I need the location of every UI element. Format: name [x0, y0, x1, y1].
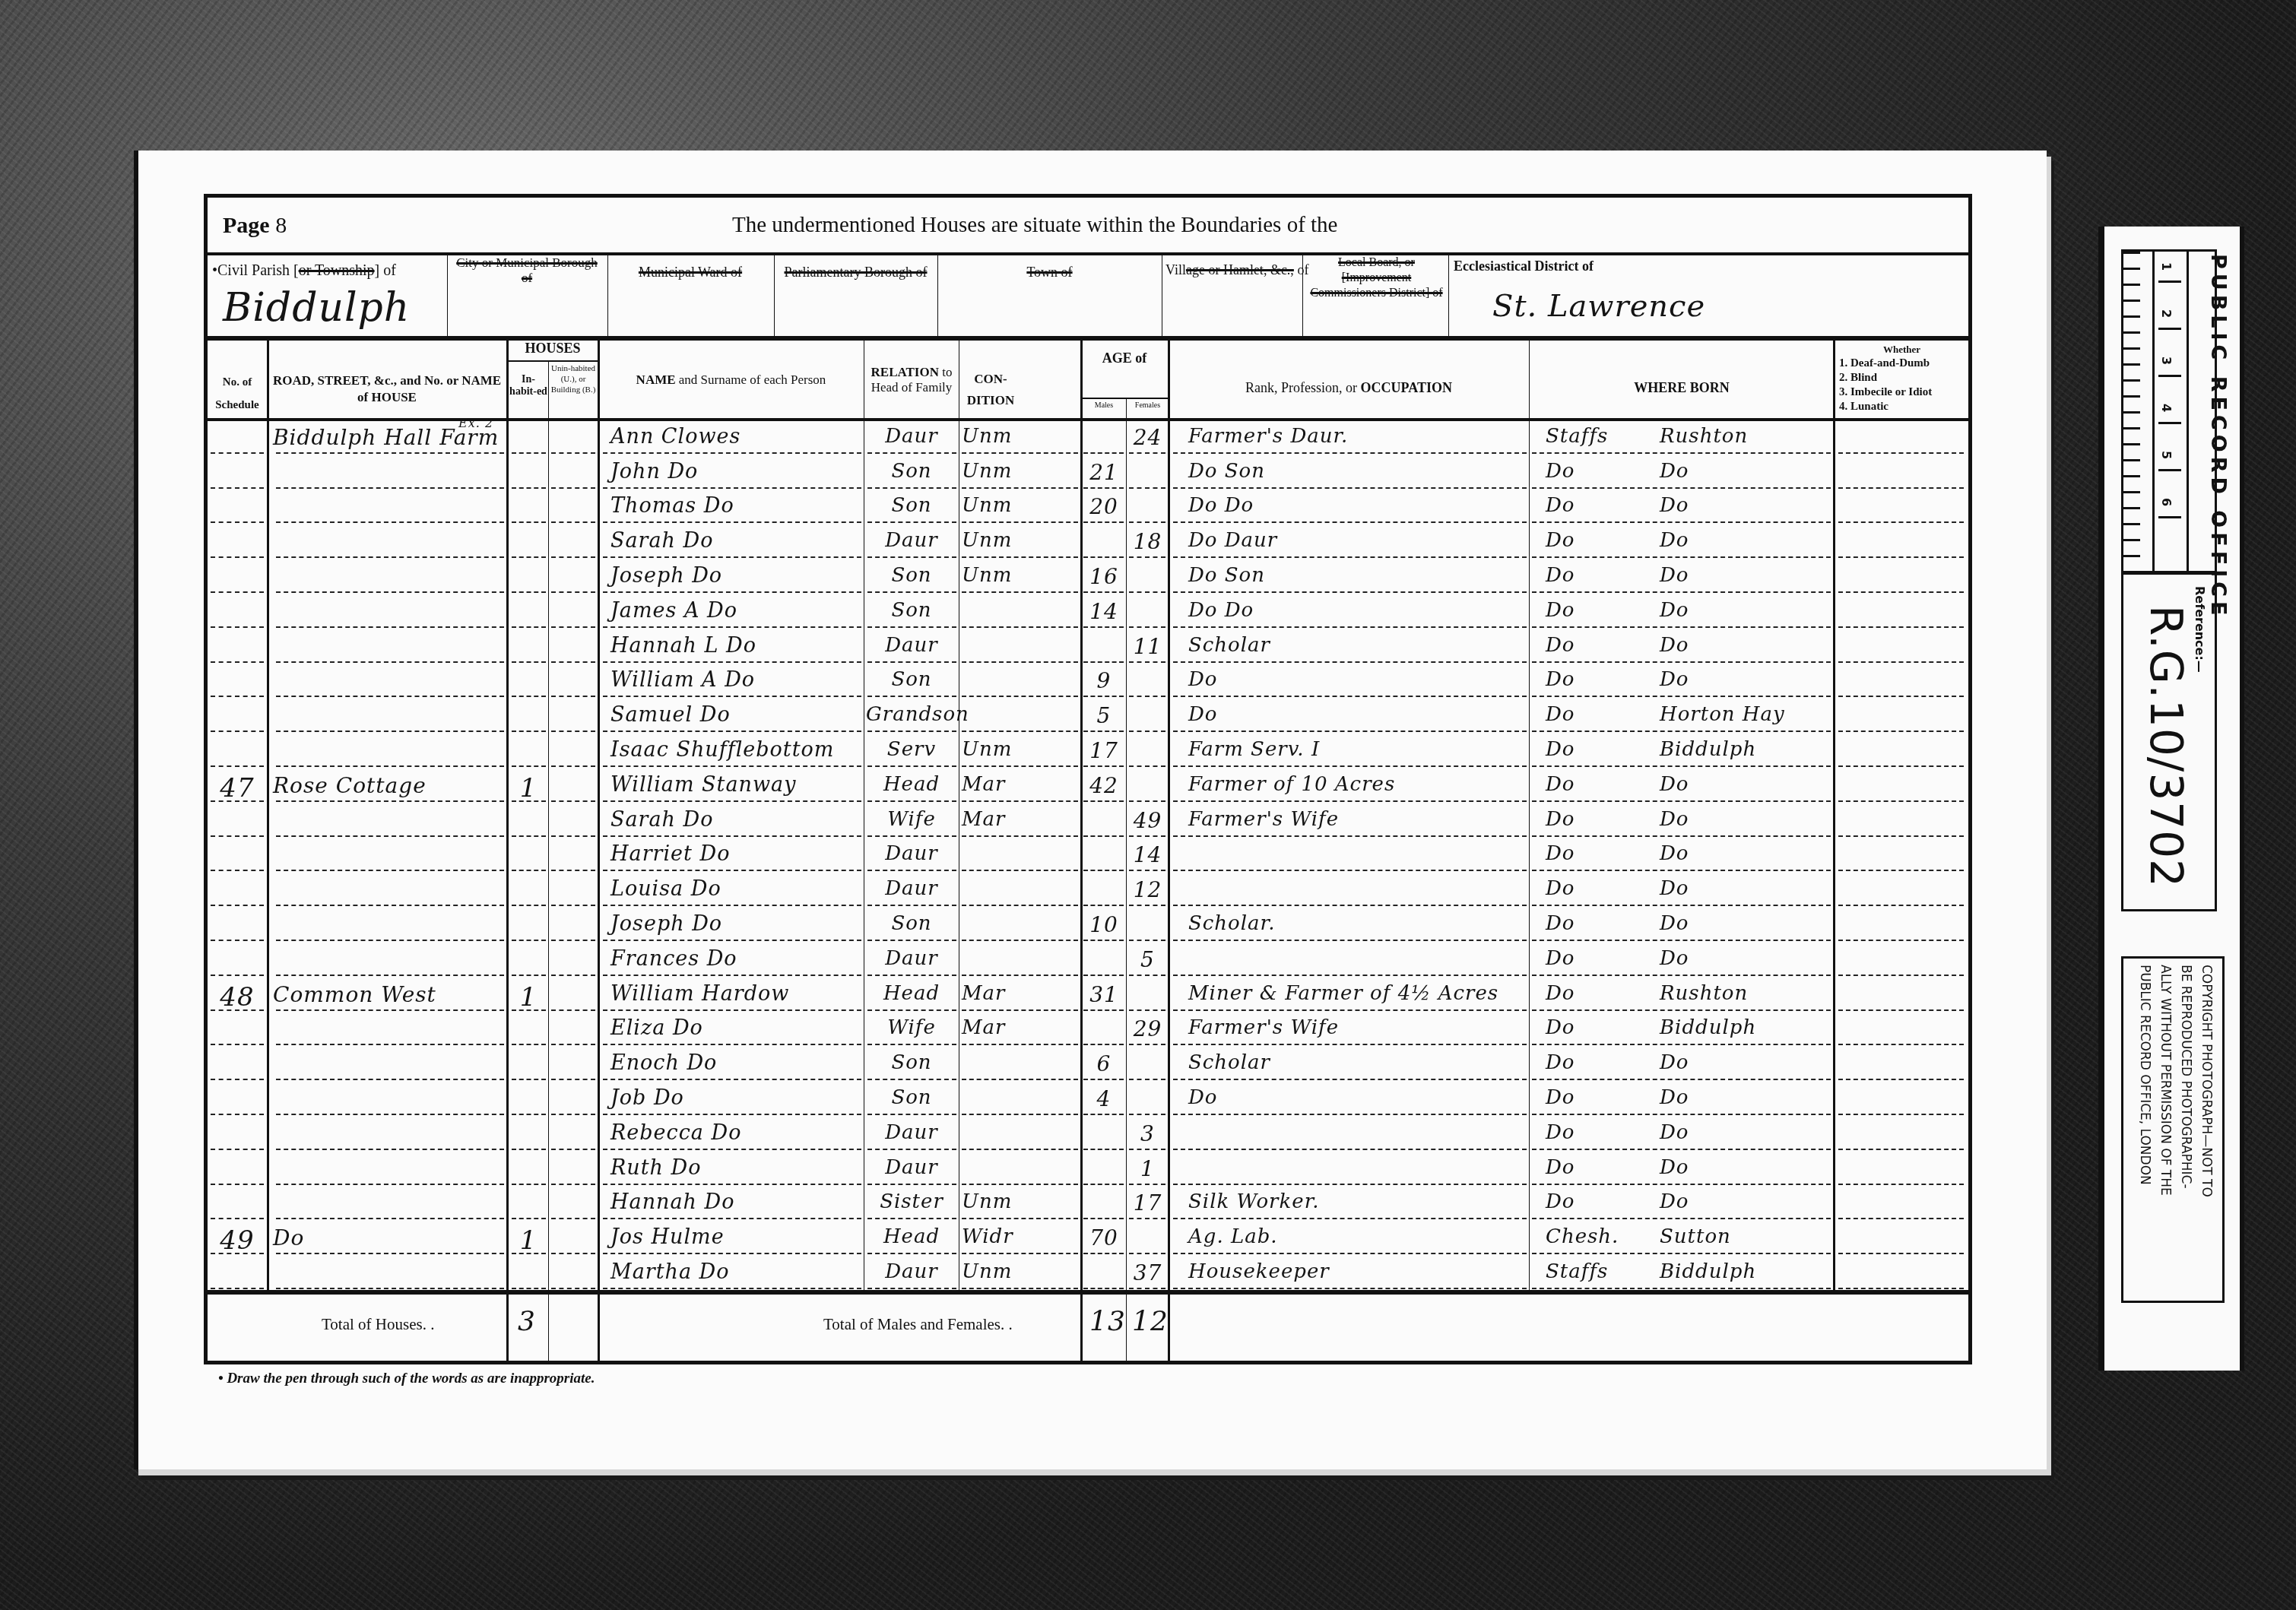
ruled-line [962, 1184, 1078, 1185]
ruled-line [1129, 452, 1165, 454]
copyright-box: COPYRIGHT PHOTOGRAPH—NOT TO BE REPRODUCE… [2121, 956, 2225, 1303]
cell-name: William Hardow [610, 982, 861, 1006]
cell-name: Samuel Do [610, 703, 861, 727]
ruled-line [1838, 940, 1964, 941]
ruled-line [1838, 905, 1964, 906]
cell-name: Ann Clowes [610, 425, 861, 448]
ruled-line [512, 1253, 546, 1254]
ruled-line [867, 626, 956, 628]
ruled-line [603, 731, 861, 732]
ruled-line [1173, 521, 1527, 523]
ruled-line [962, 800, 1078, 802]
scale-cm-label: 1 [2159, 262, 2174, 271]
cell-condition: Unm [962, 1190, 1023, 1213]
cell-occupation: Do Do [1188, 494, 1523, 517]
ruled-line [1173, 696, 1527, 697]
ruled-line [1838, 1253, 1964, 1254]
header-occupation: Rank, Profession, or OCCUPATION [1170, 380, 1527, 396]
ruled-line [512, 1149, 546, 1150]
copyright-line: BE REPRODUCED PHOTOGRAPHIC- [2175, 965, 2196, 1197]
ruled-line [962, 1044, 1078, 1045]
ruled-line [551, 556, 595, 558]
village-label: Village or Hamlet, &c., of [1165, 262, 1299, 278]
cell-name: Harriet Do [610, 842, 861, 866]
infirmity-option: 3. Imbecile or Idiot [1839, 385, 1965, 400]
ruled-line [1129, 1253, 1165, 1254]
ruled-line [1129, 591, 1165, 593]
ruled-line [1532, 1149, 1831, 1150]
table-row: 49Do1Jos HulmeHeadWidr70Ag. Lab.Chesh.Su… [208, 1221, 1968, 1256]
ruled-line [867, 1009, 956, 1011]
cell-condition: Widr [962, 1225, 1023, 1248]
municipal-ward-label: Municipal Ward of [610, 265, 770, 280]
ruled-line [512, 626, 546, 628]
cell-name: William Stanway [610, 773, 861, 797]
ruled-line [962, 452, 1078, 454]
ruled-line [1173, 1149, 1527, 1150]
table-row: Samuel DoGrandson5DoDoHorton Hay [208, 699, 1968, 734]
ruled-line [962, 1079, 1078, 1080]
table-row: Joseph DoSonUnm16Do SonDoDo [208, 559, 1968, 594]
ruled-line [603, 1288, 861, 1289]
cell-female-age: 12 [1127, 877, 1168, 902]
ruled-line [276, 975, 504, 976]
ruled-line [1173, 626, 1527, 628]
cell-name: Eliza Do [610, 1016, 861, 1040]
scale-ticks-inch [2123, 252, 2155, 571]
cell-condition: Unm [962, 564, 1023, 587]
ruled-line [276, 1218, 504, 1219]
ruled-line [1173, 1253, 1527, 1254]
ruled-line [211, 905, 264, 906]
road-note: Ex. 2 [458, 416, 493, 430]
ruled-line [512, 1218, 546, 1219]
header-name: NAME and Surname of each Person [600, 371, 862, 389]
ruled-line [867, 1044, 956, 1045]
ruled-line [1129, 661, 1165, 663]
ruled-line [1838, 696, 1964, 697]
scale-cm-tick [2158, 375, 2181, 377]
ruled-line [867, 521, 956, 523]
ruled-line [1129, 905, 1165, 906]
ruled-line [1532, 661, 1831, 663]
ruled-line [603, 1149, 861, 1150]
table-row: Hannah L DoDaur11ScholarDoDo [208, 629, 1968, 664]
table-row: 48Common West1William HardowHeadMar31Min… [208, 978, 1968, 1013]
ruled-line [276, 696, 504, 697]
ruled-line [512, 1044, 546, 1045]
ruled-line [512, 731, 546, 732]
ruled-line [867, 1253, 956, 1254]
ruled-line [276, 487, 504, 489]
cell-born-county: Do [1546, 1051, 1660, 1074]
cell-relation: Daur [866, 1260, 957, 1283]
cell-born-county: Do [1546, 1156, 1660, 1179]
divider [509, 360, 598, 362]
cell-name: Enoch Do [610, 1051, 861, 1075]
divider [1448, 252, 1449, 336]
ruled-line [211, 765, 264, 767]
ruled-line [603, 1079, 861, 1080]
reference-label: Reference:— [2193, 586, 2207, 673]
ruled-line [603, 765, 861, 767]
cell-female-age: 3 [1127, 1121, 1168, 1146]
ruled-line [1129, 1009, 1165, 1011]
cell-female-age: 5 [1127, 947, 1168, 972]
ruled-line [867, 1184, 956, 1185]
ruled-line [512, 487, 546, 489]
ruled-line [1083, 487, 1124, 489]
ruled-line [1129, 1288, 1165, 1289]
cell-name: James A Do [610, 599, 861, 623]
ruled-line [1083, 1114, 1124, 1115]
ruled-line [603, 521, 861, 523]
ruled-line [867, 556, 956, 558]
cell-occupation: Scholar [1188, 634, 1523, 657]
ruled-line [962, 1288, 1078, 1289]
cell-occupation: Do [1188, 668, 1523, 691]
cell-born-county: Do [1546, 460, 1660, 483]
cell-male-age: 14 [1082, 599, 1126, 624]
ruled-line [551, 731, 595, 732]
ruled-line [211, 591, 264, 593]
table-row: Martha DoDaurUnm37HousekeeperStaffsBiddu… [208, 1256, 1968, 1291]
ruled-line [512, 835, 546, 837]
cell-male-age: 20 [1082, 494, 1126, 519]
header-infirmity: Whether 1. Deaf-and-Dumb 2. Blind 3. Imb… [1839, 342, 1965, 414]
ruled-line [1173, 1044, 1527, 1045]
ruled-line [962, 1253, 1078, 1254]
total-houses-value: 3 [518, 1306, 536, 1337]
cell-born-county: Do [1546, 668, 1660, 691]
cell-relation: Grandson [866, 703, 957, 726]
ruled-line [1838, 626, 1964, 628]
municipal-borough-label: City or Municipal Borough of [451, 255, 603, 286]
ruled-line [962, 556, 1078, 558]
ruled-line [551, 765, 595, 767]
cell-relation: Daur [866, 634, 957, 657]
ruled-line [551, 905, 595, 906]
ruled-line [1838, 731, 1964, 732]
cell-relation: Daur [866, 529, 957, 552]
cell-male-age: 4 [1082, 1086, 1126, 1111]
cell-male-age: 10 [1082, 912, 1126, 937]
header-males: Males [1082, 401, 1126, 410]
ruled-line [603, 487, 861, 489]
ecclesiastical-district-label: Ecclesiastical District of [1451, 258, 1596, 274]
ruled-line [1173, 452, 1527, 454]
table-row: Sarah DoWifeMar49Farmer's WifeDoDo [208, 803, 1968, 838]
ruled-line [211, 1009, 264, 1011]
ruled-line [211, 1288, 264, 1289]
divider [208, 1290, 1968, 1295]
ruled-line [1532, 1044, 1831, 1045]
cell-male-age: 42 [1082, 773, 1126, 798]
ruled-line [1532, 1114, 1831, 1115]
cell-condition: Unm [962, 529, 1023, 552]
table-row: Joseph DoSon10Scholar.DoDo [208, 908, 1968, 943]
divider [774, 252, 775, 336]
cell-born-county: Do [1546, 494, 1660, 517]
ruled-line [1532, 1184, 1831, 1185]
ruled-line [1083, 452, 1124, 454]
cell-born-county: Do [1546, 1016, 1660, 1039]
infirmity-option: 2. Blind [1839, 371, 1965, 385]
ruled-line [276, 905, 504, 906]
cell-born-place: Do [1660, 494, 1827, 517]
ruled-line [603, 1044, 861, 1045]
ruled-line [551, 696, 595, 697]
divider [447, 252, 448, 336]
divider [607, 252, 608, 336]
ruled-line [1838, 800, 1964, 802]
cell-born-place: Rushton [1660, 982, 1827, 1005]
scale-ruler: 123456 [2121, 249, 2217, 573]
ruled-line [1083, 1149, 1124, 1150]
ruled-line [1532, 800, 1831, 802]
ruled-line [603, 661, 861, 663]
cell-name: Ruth Do [610, 1156, 861, 1180]
ruled-line [1532, 1009, 1831, 1011]
cell-born-county: Staffs [1546, 425, 1660, 448]
ruled-line [867, 1114, 956, 1115]
ruled-line [512, 765, 546, 767]
ruled-line [211, 800, 264, 802]
scale-cm-label: 4 [2159, 404, 2174, 412]
cell-name: Hannah Do [610, 1190, 861, 1214]
ruled-line [1083, 1288, 1124, 1289]
ruled-line [1532, 940, 1831, 941]
cell-name: Jos Hulme [610, 1225, 861, 1249]
ruled-line [211, 1184, 264, 1185]
cell-born-county: Do [1546, 1121, 1660, 1144]
table-row: Enoch DoSon6ScholarDoDo [208, 1047, 1968, 1082]
ruled-line [211, 1079, 264, 1080]
ruled-line [1173, 1288, 1527, 1289]
cell-relation: Head [866, 773, 957, 796]
ruled-line [962, 940, 1078, 941]
table-row: James A DoSon14Do DoDoDo [208, 594, 1968, 629]
ruled-line [603, 1218, 861, 1219]
table-row: Ruth DoDaur1DoDo [208, 1152, 1968, 1187]
town-label: Town of [941, 265, 1158, 280]
ruled-line [1129, 696, 1165, 697]
cell-name: Sarah Do [610, 529, 861, 553]
ruled-line [867, 591, 956, 593]
ruled-line [1838, 1184, 1964, 1185]
ruled-line [276, 835, 504, 837]
cell-born-county: Do [1546, 808, 1660, 831]
ruled-line [551, 940, 595, 941]
cell-occupation: Farmer of 10 Acres [1188, 773, 1523, 796]
ruled-line [1173, 905, 1527, 906]
ruled-line [1173, 1218, 1527, 1219]
ruled-line [1173, 800, 1527, 802]
ruled-line [1838, 1114, 1964, 1115]
ruled-line [603, 1184, 861, 1185]
ruled-line [1129, 1114, 1165, 1115]
cell-occupation: Farmer's Wife [1188, 1016, 1523, 1039]
ruled-line [1173, 556, 1527, 558]
ruled-line [1532, 487, 1831, 489]
ruled-line [1083, 940, 1124, 941]
cell-male-age: 17 [1082, 738, 1126, 763]
ruled-line [603, 800, 861, 802]
cell-condition: Unm [962, 738, 1023, 761]
cell-occupation: Scholar [1188, 1051, 1523, 1074]
scale-cm-label: 2 [2159, 309, 2174, 318]
cell-road: Common West [273, 982, 501, 1007]
table-row: William A DoSon9DoDoDo [208, 664, 1968, 699]
cell-born-county: Do [1546, 634, 1660, 657]
ruled-line [512, 521, 546, 523]
ruled-line [962, 626, 1078, 628]
cell-relation: Son [866, 460, 957, 483]
table-row: Thomas DoSonUnm20Do DoDoDo [208, 490, 1968, 525]
cell-born-place: Do [1660, 912, 1827, 935]
ruled-line [551, 835, 595, 837]
cell-occupation: Farm Serv. I [1188, 738, 1523, 761]
scale-cm-tick [2158, 469, 2181, 471]
ruled-line [276, 591, 504, 593]
ruled-line [603, 905, 861, 906]
ruled-line [1532, 731, 1831, 732]
cell-born-county: Do [1546, 703, 1660, 726]
cell-relation: Wife [866, 1016, 957, 1039]
cell-road: Do [273, 1225, 501, 1250]
ruled-line [512, 975, 546, 976]
header-age: AGE of [1082, 350, 1167, 366]
ruled-line [867, 765, 956, 767]
ruled-line [962, 1218, 1078, 1219]
cell-road: Rose Cottage [273, 773, 501, 798]
cell-born-county: Do [1546, 947, 1660, 970]
divider [208, 336, 1968, 341]
ruled-line [1173, 765, 1527, 767]
civil-parish-label: •Civil Parish [or Township] of [212, 262, 396, 280]
copyright-line: PUBLIC RECORD OFFICE, LONDON [2134, 965, 2155, 1197]
cell-name: Sarah Do [610, 808, 861, 832]
cell-relation: Daur [866, 877, 957, 900]
ruled-line [211, 521, 264, 523]
ruled-line [211, 1218, 264, 1219]
cell-female-age: 37 [1127, 1260, 1168, 1285]
ruled-line [867, 940, 956, 941]
cell-inhabited: 1 [509, 773, 548, 803]
ruled-line [1083, 1218, 1124, 1219]
cell-name: Martha Do [610, 1260, 861, 1284]
ruled-line [1173, 1114, 1527, 1115]
ruled-line [603, 1114, 861, 1115]
local-board-label: Local Board, or [Improvement Commissione… [1306, 255, 1447, 301]
ruled-line [867, 835, 956, 837]
ruled-line [962, 905, 1078, 906]
cell-name: Joseph Do [610, 564, 861, 588]
cell-condition: Mar [962, 773, 1023, 796]
ruled-line [1083, 975, 1124, 976]
ruled-line [211, 556, 264, 558]
ruled-line [1083, 765, 1124, 767]
ruled-line [1173, 487, 1527, 489]
ruled-line [1173, 835, 1527, 837]
cell-male-age: 9 [1082, 668, 1126, 693]
table-row: Sarah DoDaurUnm18Do DaurDoDo [208, 525, 1968, 559]
header-inhabited: In-habit-ed [509, 374, 548, 398]
ruled-line [276, 1184, 504, 1185]
ruled-line [1129, 940, 1165, 941]
cell-born-county: Do [1546, 1086, 1660, 1109]
table-row: Harriet DoDaur14DoDo [208, 838, 1968, 873]
ruled-line [867, 696, 956, 697]
ruled-line [1532, 1288, 1831, 1289]
ruled-line [211, 1149, 264, 1150]
ruled-line [211, 1044, 264, 1045]
header-relation: RELATION to Head of Family [866, 365, 957, 395]
cell-condition: Unm [962, 460, 1023, 483]
ruled-line [603, 591, 861, 593]
cell-relation: Son [866, 564, 957, 587]
ruled-line [512, 870, 546, 871]
ruled-line [276, 1288, 504, 1289]
divider [1082, 398, 1168, 399]
divider [1162, 252, 1162, 336]
ruled-line [1838, 1079, 1964, 1080]
ruled-line [1532, 1218, 1831, 1219]
ruled-line [1838, 556, 1964, 558]
ruled-line [1532, 591, 1831, 593]
cell-born-place: Do [1660, 1086, 1827, 1109]
table-row: Biddulph Hall FarmAnn ClowesDaurUnm24Far… [208, 420, 1968, 455]
cell-relation: Son [866, 1086, 957, 1109]
cell-relation: Son [866, 599, 957, 622]
cell-male-age: 21 [1082, 460, 1126, 485]
ruled-line [962, 870, 1078, 871]
cell-born-county: Do [1546, 738, 1660, 761]
cell-born-place: Do [1660, 1051, 1827, 1074]
cell-born-place: Do [1660, 877, 1827, 900]
cell-relation: Sister [866, 1190, 957, 1213]
ruled-line [1838, 661, 1964, 663]
ruled-line [603, 870, 861, 871]
ruled-line [276, 1044, 504, 1045]
header-uninhabited: Unin-habited (U.), or Building (B.) [550, 363, 597, 395]
cell-relation: Son [866, 1051, 957, 1074]
ruled-line [1129, 556, 1165, 558]
ruled-line [551, 975, 595, 976]
ruled-line [512, 800, 546, 802]
ruled-line [1083, 1079, 1124, 1080]
record-office-strip: 123456 PUBLIC RECORD OFFICE Reference:— … [2098, 227, 2244, 1371]
ruled-line [1173, 1009, 1527, 1011]
ruled-line [962, 731, 1078, 732]
ruled-line [867, 1079, 956, 1080]
ruled-line [867, 1149, 956, 1150]
cell-name: Louisa Do [610, 877, 861, 901]
header-road: ROAD, STREET, &c., and No. or NAME of HO… [270, 372, 504, 406]
ruled-line [276, 1079, 504, 1080]
ruled-line [551, 1288, 595, 1289]
ruled-line [1532, 1253, 1831, 1254]
ruled-line [1838, 521, 1964, 523]
cell-occupation: Do Son [1188, 460, 1523, 483]
ruled-line [1129, 1149, 1165, 1150]
cell-born-place: Do [1660, 1121, 1827, 1144]
ruled-line [1129, 1044, 1165, 1045]
ruled-line [1129, 765, 1165, 767]
ruled-line [211, 1114, 264, 1115]
footnote: • Draw the pen through such of the words… [218, 1371, 595, 1387]
census-table-body: Biddulph Hall FarmAnn ClowesDaurUnm24Far… [208, 420, 1968, 1291]
